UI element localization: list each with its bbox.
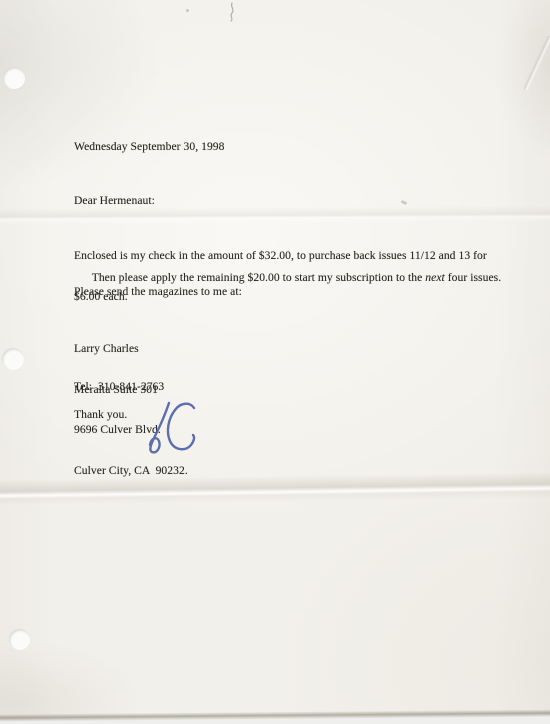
address-line-name: Larry Charles [74,342,532,356]
phone-line: Tel: 310-841-2763 [74,380,532,394]
letter-body: Wednesday September 30, 1998 Dear Hermen… [74,0,532,724]
paragraph-text: four issues. [445,271,501,284]
date-line: Wednesday September 30, 1998 [74,140,532,154]
hole-punch-bottom [9,629,30,650]
hole-punch-top [3,67,25,89]
address-line-city: Culver City, CA 90232. [74,464,532,478]
paragraph-send-magazines: Please send the magazines to me at: [74,285,532,299]
hole-punch-middle [2,348,24,370]
signature-initials [138,398,210,458]
scanned-letter-page: Wednesday September 30, 1998 Dear Hermen… [0,0,550,724]
emphasized-word: next [425,271,445,284]
salutation: Dear Hermenaut: [74,194,532,208]
paragraph-text: Then please apply the remaining $20.00 t… [92,271,426,284]
